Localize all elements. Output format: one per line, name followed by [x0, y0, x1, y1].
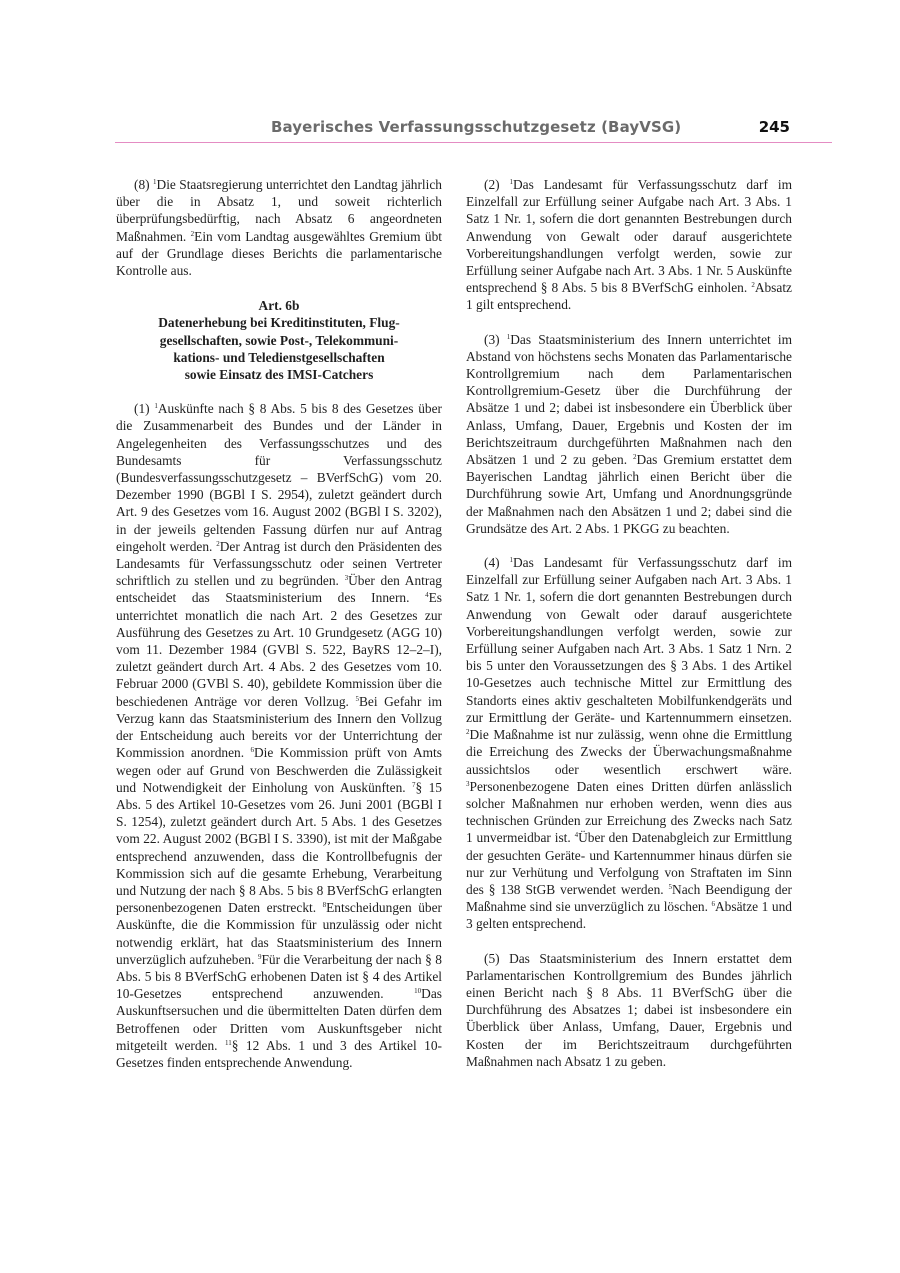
sentence: Das Landesamt für Verfassungsschutz darf…: [466, 555, 792, 725]
paragraph-8: (8) 1Die Staatsregierung unterrichtet de…: [116, 176, 442, 279]
page-number: 245: [759, 118, 790, 136]
paragraph-5: (5) Das Staatsministerium des Innern ers…: [466, 950, 792, 1070]
paragraph-text: Das Staatsministerium des Innern erstatt…: [466, 951, 792, 1069]
paragraph-number: (8): [134, 177, 150, 192]
sentence: Das Landesamt für Verfassungsschutz darf…: [466, 177, 792, 295]
sentence: Das Staatsministerium des Innern unterri…: [466, 332, 792, 467]
article-number: Art. 6b: [116, 297, 442, 314]
sentence: Auskünfte nach § 8 Abs. 5 bis 8 des Gese…: [116, 401, 442, 554]
paragraph-2: (2) 1Das Landesamt für Verfassungsschutz…: [466, 176, 792, 314]
paragraph-3: (3) 1Das Staatsministerium des Innern un…: [466, 331, 792, 537]
sentence: § 15 Abs. 5 des Artikel 10-Gesetzes vom …: [116, 780, 442, 915]
paragraph-number: (3): [484, 332, 500, 347]
paragraph-number: (2): [484, 177, 500, 192]
paragraph-number: (4): [484, 555, 500, 570]
sentence-number: 11: [225, 1039, 232, 1047]
paragraph-1: (1) 1Auskünfte nach § 8 Abs. 5 bis 8 des…: [116, 400, 442, 1071]
article-title-line: gesellschaften, sowie Post-, Telekommuni…: [116, 332, 442, 349]
article-title-line: sowie Einsatz des IMSI-Catchers: [116, 366, 442, 383]
left-column: (8) 1Die Staatsregierung unterrichtet de…: [116, 176, 442, 1088]
right-column: (2) 1Das Landesamt für Verfassungsschutz…: [466, 176, 792, 1087]
paragraph-4: (4) 1Das Landesamt für Verfassungsschutz…: [466, 554, 792, 932]
sentence: Die Maßnahme ist nur zulässig, wenn ohne…: [466, 727, 792, 776]
page-header: Bayerisches Verfassungsschutzgesetz (Bay…: [115, 116, 832, 143]
sentence: Es unterrichtet monatlich die nach Art. …: [116, 590, 442, 708]
running-title: Bayerisches Verfassungsschutzgesetz (Bay…: [271, 118, 681, 136]
paragraph-number: (1): [134, 401, 150, 416]
paragraph-number: (5): [484, 951, 500, 966]
article-heading: Art. 6b Datenerhebung bei Kreditinstitut…: [116, 297, 442, 383]
article-title-line: Datenerhebung bei Kreditinstituten, Flug…: [116, 314, 442, 331]
article-title-line: kations- und Teledienstgesellschaften: [116, 349, 442, 366]
